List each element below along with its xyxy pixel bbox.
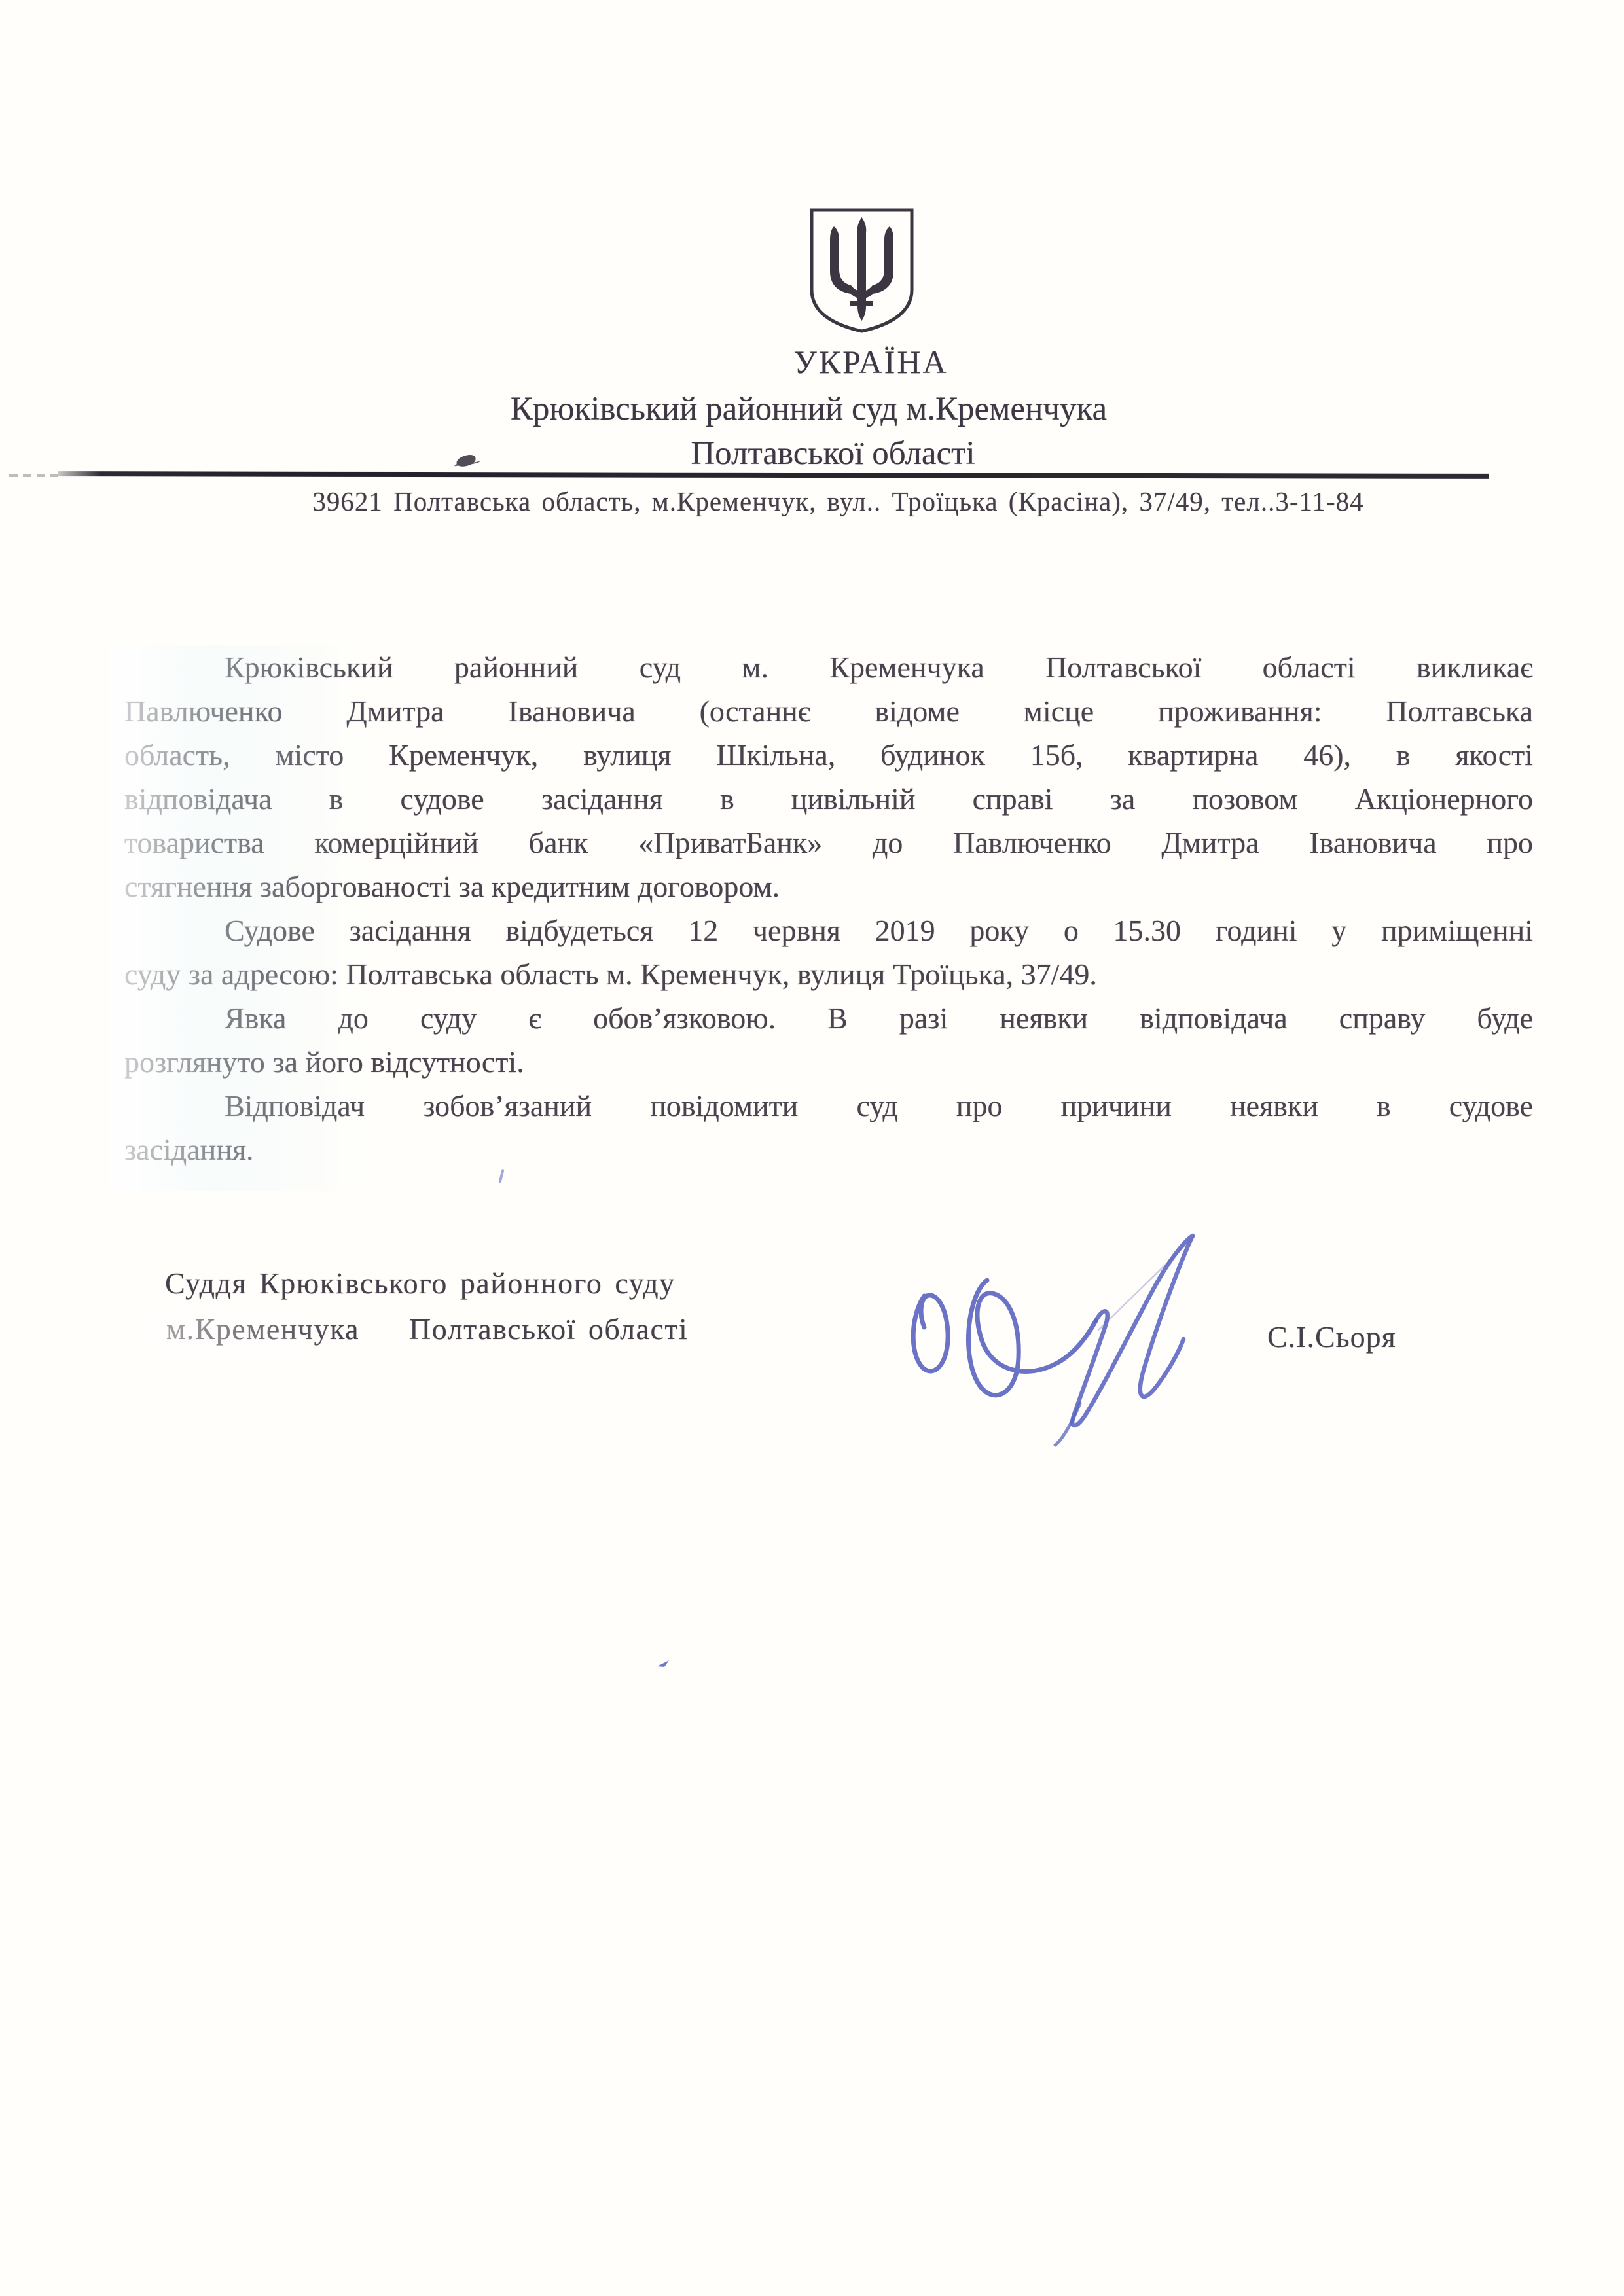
body-text-line: розглянуто за його відсутності.	[124, 1040, 1533, 1084]
body-text-line: Судове засідання відбудеться 12 червня 2…	[124, 908, 1533, 952]
body-text-line: товариства комерційний банк «ПриватБанк»…	[124, 821, 1533, 865]
signature-title-line1: Суддя Крюківського районного суду	[165, 1266, 676, 1300]
body-text-line: стягнення заборгованості за кредитним до…	[124, 865, 1533, 908]
body-text-line: область, місто Кременчук, вулиця Шкільна…	[124, 733, 1533, 777]
body-text-line: Відповідач зобов’язаний повідомити суд п…	[124, 1084, 1533, 1128]
body-text-line: відповідача в судове засідання в цивільн…	[124, 777, 1533, 821]
body-text-line: Крюківський районний суд м. Кременчука П…	[124, 645, 1533, 689]
header-court-name: Крюківський районний суд м.Кременчука	[0, 390, 1621, 428]
header-rule-tail	[9, 474, 58, 477]
body-text-line: засідання.	[124, 1128, 1533, 1172]
body-text: Крюківський районний суд м. Кременчука П…	[124, 645, 1533, 1172]
signature-scribble	[895, 1229, 1278, 1460]
header-country: УКРАЇНА	[59, 343, 1624, 381]
scanned-court-summons-page: УКРАЇНА Крюківський районний суд м.Креме…	[0, 0, 1624, 2296]
signature-name: С.І.Сьоря	[1267, 1319, 1396, 1354]
blue-ink-mark	[655, 1659, 672, 1672]
header-region: Полтавської області	[21, 435, 1624, 473]
signature-title-line2: м.Кременчука Полтавської області	[166, 1312, 688, 1346]
body-text-line: Явка до суду є обов’язковою. В разі неяв…	[124, 996, 1533, 1040]
header-address-line: 39621 Полтавська область, м.Кременчук, в…	[26, 486, 1624, 517]
body-text-line: Павлюченко Дмитра Івановича (останнє від…	[124, 689, 1533, 733]
body-text-line: суду за адресою: Полтавська область м. К…	[124, 952, 1533, 996]
ukraine-trident-icon	[807, 207, 916, 335]
